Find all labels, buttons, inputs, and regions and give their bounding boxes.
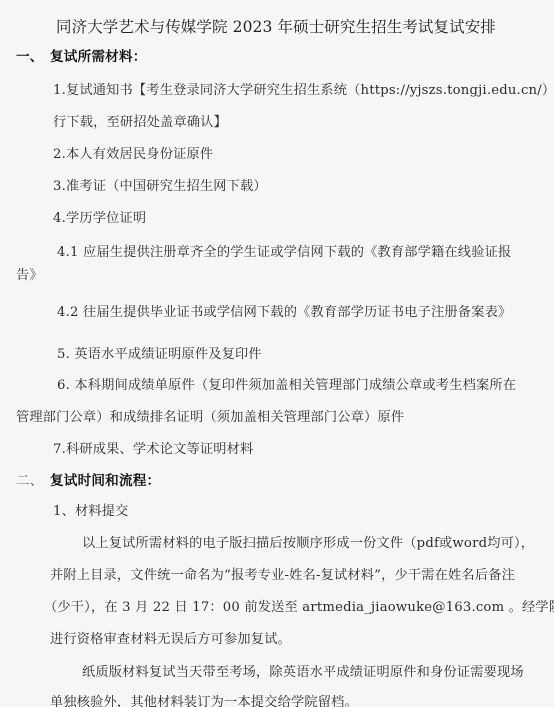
para-1-line-3: （少干），在 3 月 22 日 17：00 前发送至 artmedia_jiao…	[44, 599, 554, 617]
item-1-line-1: 1.复试通知书【考生登录同济大学研究生招生系统（https://yjszs.to…	[53, 82, 554, 100]
item-1-line-2: 行下载，至研招处盖章确认】	[53, 114, 227, 132]
item-4-1-line-1: 4.1 应届生提供注册章齐全的学生证或学信网下载的《教育部学籍在线验证报	[57, 244, 511, 262]
section-2-heading: 二、复试时间和流程：	[16, 472, 160, 490]
item-4-2: 4.2 往届生提供毕业证书或学信网下载的《教育部学历证书电子注册备案表》	[57, 304, 511, 322]
para-1-line-2: 并附上目录，文件统一命名为“报考专业-姓名-复试材料”，少干需在姓名后备注	[50, 567, 515, 585]
section-2-title: 复试时间和流程：	[50, 473, 160, 489]
item-3: 3.准考证（中国研究生招生网下载）	[53, 178, 267, 196]
item-7: 7.科研成果、学术论文等证明材料	[53, 441, 253, 459]
item-5: 5. 英语水平成绩证明原件及复印件	[57, 346, 262, 364]
item-6-line-2: 管理部门公章）和成绩排名证明（须加盖相关管理部门公章）原件	[16, 409, 404, 427]
para-1-line-1: 以上复试所需材料的电子版扫描后按顺序形成一份文件（pdf或word均可），	[82, 535, 534, 553]
document-title: 同济大学艺术与传媒学院 2023 年硕士研究生招生考试复试安排	[56, 18, 496, 36]
para-2-line-2: 单独核验外，其他材料装订为一本提交给学院留档。	[50, 694, 358, 707]
item-4: 4.学历学位证明	[53, 210, 146, 228]
para-1-line-4: 进行资格审查材料无误后方可参加复试。	[50, 631, 291, 649]
section-2-number: 二、	[16, 472, 50, 490]
section-1-number: 一、	[16, 48, 50, 66]
section-1-heading: 一、复试所需材料：	[16, 48, 147, 66]
section-1-title: 复试所需材料：	[50, 49, 147, 65]
subsection-1-label: 1、材料提交	[53, 503, 129, 521]
item-2: 2.本人有效居民身份证原件	[53, 146, 213, 164]
item-4-1-line-2: 告》	[16, 267, 43, 285]
para-2-line-1: 纸质版材料复试当天带至考场，除英语水平成绩证明原件和身份证需要现场	[82, 664, 524, 682]
item-6-line-1: 6. 本科期间成绩单原件（复印件须加盖相关管理部门成绩公章或考生档案所在	[57, 377, 516, 395]
document-page: 同济大学艺术与传媒学院 2023 年硕士研究生招生考试复试安排 一、复试所需材料…	[0, 0, 554, 707]
